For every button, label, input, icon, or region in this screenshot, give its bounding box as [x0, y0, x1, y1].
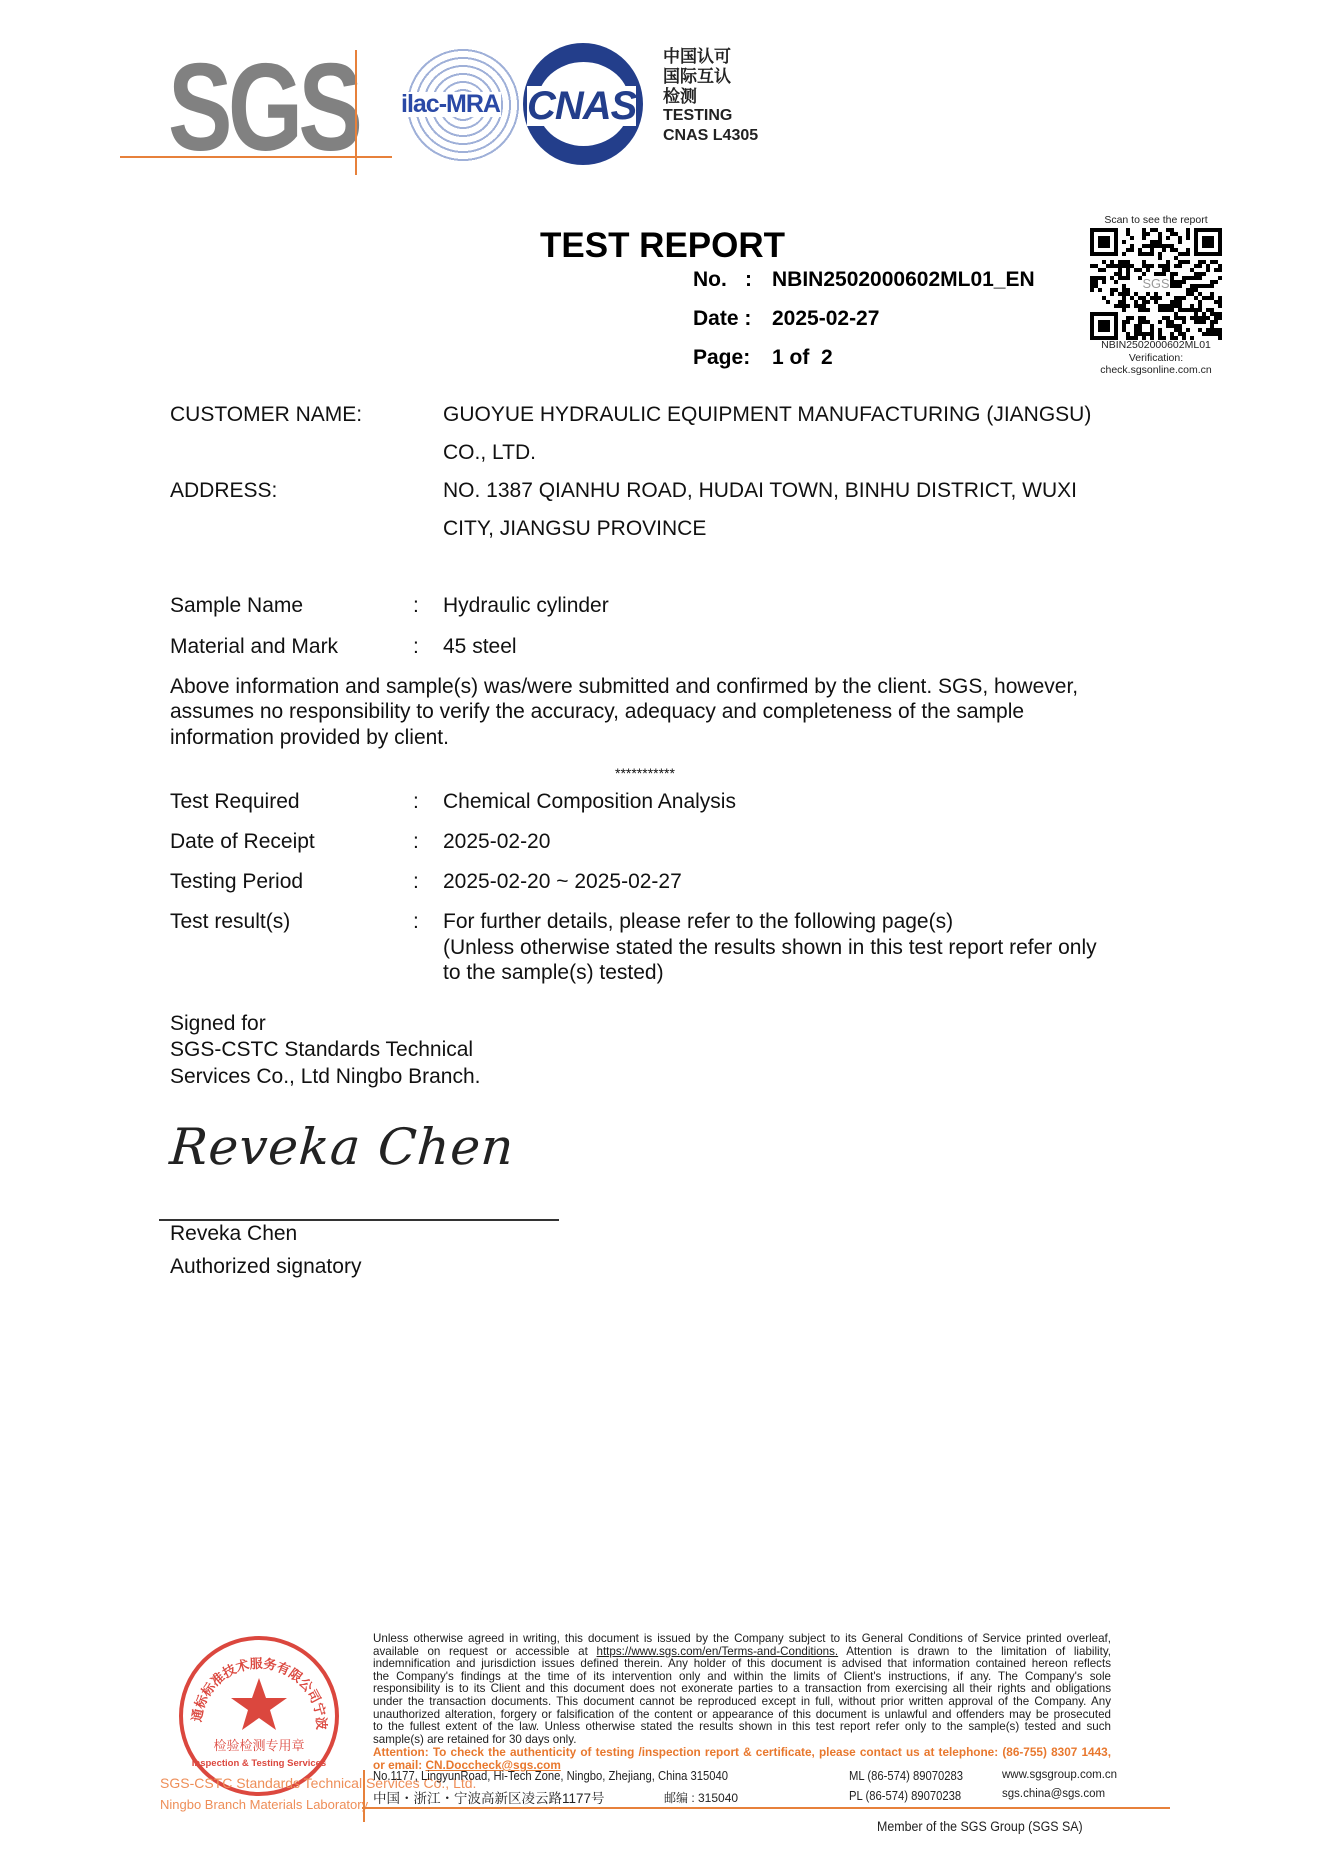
report-no-sep: : [745, 268, 752, 292]
report-date: 2025-02-27 [772, 307, 879, 331]
report-page: 1 of 2 [772, 346, 833, 370]
cnas-text: CNAS [527, 86, 636, 126]
report-no-label: No. [693, 268, 727, 292]
disclaimer-line: assumes no responsibility to verify the … [170, 700, 1024, 724]
page-title: TEST REPORT [540, 226, 785, 266]
test-results-label: Test result(s) [170, 910, 290, 934]
postcode-cn: 邮编 : 315040 [664, 1789, 738, 1806]
footer-rule-vertical [363, 1770, 365, 1822]
company-stamp: 通标标准技术服务有限公司宁波分公司 检验检测专用章 Inspection & T… [179, 1636, 339, 1796]
accreditation-line: 检测 [663, 88, 697, 105]
date-of-receipt: 2025-02-20 [443, 830, 550, 854]
terms-text: Unless otherwise agreed in writing, this… [373, 1633, 1111, 1772]
accreditation-line: TESTING [663, 108, 732, 124]
disclaimer-line: Above information and sample(s) was/were… [170, 675, 1078, 699]
stamp-side-line: Ningbo Branch Materials Laboratory [160, 1797, 368, 1812]
sgs-member-line: Member of the SGS Group (SGS SA) [877, 1819, 1083, 1834]
testing-period: 2025-02-20 ~ 2025-02-27 [443, 870, 682, 894]
sample-name: Hydraulic cylinder [443, 594, 609, 618]
address-label: ADDRESS: [170, 479, 277, 503]
svg-text:Inspection & Testing Services: Inspection & Testing Services [192, 1758, 326, 1769]
terms-link[interactable]: https://www.sgs.com/en/Terms-and-Conditi… [597, 1645, 839, 1658]
signatory-name: Reveka Chen [170, 1222, 297, 1246]
report-number: NBIN2502000602ML01_EN [772, 268, 1035, 292]
qr-verification-label: Verification: [1081, 352, 1231, 364]
test-required: Chemical Composition Analysis [443, 790, 736, 814]
sgs-logo: SGS [168, 46, 358, 170]
field-sep: : [413, 830, 419, 854]
separator-stars: *********** [615, 765, 675, 781]
qr-code-text: NBIN2502000602ML01 [1081, 339, 1231, 351]
website-link[interactable]: www.sgsgroup.com.cn [1002, 1769, 1117, 1781]
accreditation-line: 国际互认 [663, 68, 731, 85]
test-required-label: Test Required [170, 790, 300, 814]
address-cn: 中国・浙江・宁波高新区凌云路1177号 [373, 1787, 605, 1807]
material: 45 steel [443, 635, 517, 659]
field-sep: : [413, 635, 419, 659]
accreditation-line: CNAS L4305 [663, 128, 758, 144]
address-en: No.1177, LingyunRoad, Hi-Tech Zone, Ning… [373, 1769, 728, 1783]
qr-verification-url[interactable]: check.sgsonline.com.cn [1081, 364, 1231, 376]
customer-name-cont: CO., LTD. [443, 441, 536, 465]
testing-period-label: Testing Period [170, 870, 303, 894]
logo-rule-vertical [355, 50, 357, 175]
phone-pl: PL (86-574) 89070238 [849, 1789, 961, 1803]
customer-name: GUOYUE HYDRAULIC EQUIPMENT MANUFACTURING… [443, 403, 1091, 427]
test-results: For further details, please refer to the… [443, 910, 953, 934]
signed-for-line: Services Co., Ltd Ningbo Branch. [170, 1065, 481, 1089]
address: NO. 1387 QIANHU ROAD, HUDAI TOWN, BINHU … [443, 479, 1077, 503]
logo-rule-horizontal [120, 156, 392, 158]
email-link[interactable]: sgs.china@sgs.com [1002, 1788, 1105, 1800]
sample-name-label: Sample Name [170, 594, 303, 618]
footer-rule-horizontal [362, 1807, 1170, 1809]
phone-ml: ML (86-574) 89070283 [849, 1769, 963, 1783]
signed-for-line: SGS-CSTC Standards Technical [170, 1038, 473, 1062]
test-results-note: to the sample(s) tested) [443, 961, 664, 985]
stamp-star-icon: 通标标准技术服务有限公司宁波分公司 检验检测专用章 Inspection & T… [183, 1640, 335, 1792]
customer-name-label: CUSTOMER NAME: [170, 403, 362, 427]
handwritten-signature: Reveka Chen [168, 1118, 516, 1176]
field-sep: : [413, 870, 419, 894]
test-results-note: (Unless otherwise stated the results sho… [443, 936, 1097, 960]
signed-for-line: Signed for [170, 1012, 266, 1036]
field-sep: : [413, 910, 419, 934]
ilac-mra-text: ilac-MRA [400, 92, 501, 117]
signatory-title: Authorized signatory [170, 1255, 361, 1279]
date-of-receipt-label: Date of Receipt [170, 830, 315, 854]
report-page-label: Page: [693, 346, 750, 370]
svg-text:SGS: SGS [1142, 276, 1169, 291]
accreditation-line: 中国认可 [663, 48, 731, 65]
field-sep: : [413, 594, 419, 618]
svg-text:检验检测专用章: 检验检测专用章 [213, 1738, 304, 1753]
qr-caption: Scan to see the report [1081, 214, 1231, 226]
qr-code-icon[interactable]: SGS [1090, 228, 1222, 340]
terms-line: indemnification and jurisdiction issues … [373, 1658, 1111, 1671]
terms-line: under the transaction documents. This do… [373, 1696, 1111, 1709]
field-sep: : [413, 790, 419, 814]
address-cont: CITY, JIANGSU PROVINCE [443, 517, 706, 541]
signature-line [159, 1219, 559, 1221]
report-date-label: Date : [693, 307, 751, 331]
terms-line: to the fullest extent of the law. Unless… [373, 1721, 1111, 1734]
disclaimer-line: information provided by client. [170, 726, 449, 750]
material-label: Material and Mark [170, 635, 338, 659]
